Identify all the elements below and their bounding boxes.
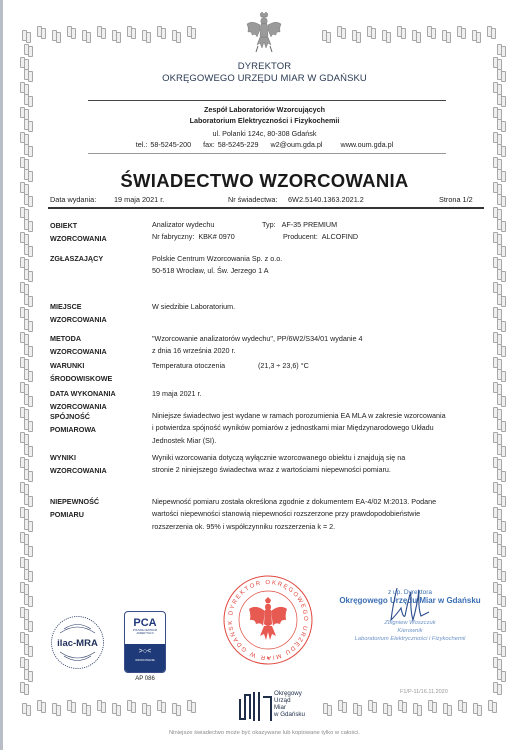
border-ornament-icon: [397, 26, 406, 37]
border-ornament-icon: [353, 703, 362, 714]
pca-accreditation-logo: PCA POLSKIE CENTRUM AKREDYTACJI >○< WZOR…: [124, 611, 166, 673]
border-ornament-icon: [24, 469, 33, 480]
conditions-label: WARUNKIŚRODOWISKOWE: [50, 359, 160, 385]
border-ornament-icon: [20, 382, 29, 393]
place-label: MIEJSCEWZORCOWANIA: [50, 300, 160, 326]
border-ornament-icon: [473, 703, 482, 714]
border-ornament-icon: [427, 26, 436, 37]
issue-date-label: Data wydania:: [50, 195, 96, 204]
border-ornament-icon: [493, 307, 502, 318]
border-ornament-icon: [497, 619, 506, 630]
border-ornament-icon: [428, 700, 437, 711]
border-ornament-icon: [368, 700, 377, 711]
border-ornament-icon: [82, 703, 91, 714]
calibration-date-value: 19 maja 2021 r.: [152, 388, 492, 400]
handwritten-signature: [385, 586, 435, 628]
document-title: ŚWIADECTWO WZORCOWANIA: [0, 170, 529, 192]
border-ornament-icon: [497, 419, 506, 430]
border-ornament-icon: [157, 26, 166, 37]
lab-divider: [88, 153, 446, 154]
border-ornament-icon: [24, 344, 33, 355]
official-stamp: DYREKTOR OKRĘGOWEGO URZĘDU MIAR W GDAŃSK…: [222, 574, 314, 666]
border-ornament-icon: [493, 682, 502, 693]
meta-divider: [48, 207, 484, 209]
border-ornament-icon: [20, 282, 29, 293]
border-ornament-icon: [24, 94, 33, 105]
border-ornament-icon: [20, 532, 29, 543]
border-ornament-icon: [412, 30, 421, 41]
border-ornament-icon: [187, 26, 196, 37]
lab-team-name: Zespół Laboratoriów Wzorcujących: [0, 105, 529, 114]
border-ornament-icon: [127, 26, 136, 37]
border-ornament-icon: [20, 607, 29, 618]
border-ornament-icon: [493, 232, 502, 243]
lab-email[interactable]: w2@oum.gda.pl: [270, 140, 322, 149]
cert-number-label: Nr świadectwa:: [228, 195, 277, 204]
border-ornament-icon: [24, 219, 33, 230]
border-ornament-icon: [497, 319, 506, 330]
border-ornament-icon: [493, 482, 502, 493]
results-label: WYNIKIWZORCOWANIA: [50, 451, 160, 477]
border-ornament-icon: [322, 30, 331, 41]
border-ornament-icon: [22, 30, 31, 41]
cert-number: 6W2.5140.1363.2021.2: [288, 195, 364, 204]
border-ornament-icon: [443, 703, 452, 714]
border-ornament-icon: [20, 307, 29, 318]
border-ornament-icon: [493, 382, 502, 393]
border-ornament-icon: [20, 357, 29, 368]
border-ornament-icon: [20, 432, 29, 443]
border-ornament-icon: [497, 394, 506, 405]
border-ornament-icon: [37, 26, 46, 37]
border-ornament-icon: [413, 703, 422, 714]
border-ornament-icon: [497, 669, 506, 680]
border-ornament-icon: [52, 703, 61, 714]
border-ornament-icon: [493, 157, 502, 168]
traceability-value: Niniejsze świadectwo jest wydane w ramac…: [152, 410, 492, 447]
border-ornament-icon: [367, 26, 376, 37]
border-ornament-icon: [20, 157, 29, 168]
issue-date: 19 maja 2021 r.: [114, 195, 164, 204]
method-value: "Wzorcowanie analizatorów wydechu", PP/6…: [152, 333, 492, 358]
conditions-value: (21,3 ÷ 23,6) °C: [258, 360, 378, 372]
border-ornament-icon: [112, 703, 121, 714]
border-ornament-icon: [127, 700, 136, 711]
border-ornament-icon: [493, 257, 502, 268]
polish-eagle-emblem: [246, 12, 282, 54]
border-ornament-icon: [493, 657, 502, 668]
border-ornament-icon: [497, 294, 506, 305]
border-ornament-icon: [493, 207, 502, 218]
border-ornament-icon: [24, 194, 33, 205]
border-ornament-icon: [487, 26, 496, 37]
results-value: Wyniki wzorcowania dotyczą wyłącznie wzo…: [152, 452, 492, 477]
footer-note: Niniejsze świadectwo może być okazywane …: [0, 730, 529, 736]
border-ornament-icon: [497, 369, 506, 380]
border-ornament-icon: [493, 582, 502, 593]
lab-address: ul. Polanki 124c, 80-308 Gdańsk: [0, 129, 529, 138]
border-ornament-icon: [20, 682, 29, 693]
border-ornament-icon: [37, 700, 46, 711]
border-ornament-icon: [497, 344, 506, 355]
form-code: F1/P-11/16.11.2020: [400, 689, 448, 695]
applicant-value: Polskie Centrum Wzorcowania Sp. z o.o.50…: [152, 253, 492, 278]
border-ornament-icon: [497, 519, 506, 530]
border-ornament-icon: [67, 700, 76, 711]
border-ornament-icon: [22, 703, 31, 714]
border-ornament-icon: [497, 244, 506, 255]
border-ornament-icon: [24, 394, 33, 405]
uncertainty-value: Niepewność pomiaru została określona zgo…: [152, 496, 492, 533]
object-producer: Producent: ALCOFIND: [283, 231, 433, 243]
border-ornament-icon: [20, 332, 29, 343]
border-ornament-icon: [20, 407, 29, 418]
border-ornament-icon: [172, 30, 181, 41]
border-ornament-icon: [497, 594, 506, 605]
header-office: OKRĘGOWEGO URZĘDU MIAR W GDAŃSKU: [0, 73, 529, 84]
border-ornament-icon: [187, 700, 196, 711]
border-ornament-icon: [24, 444, 33, 455]
border-ornament-icon: [497, 194, 506, 205]
border-ornament-icon: [337, 26, 346, 37]
border-ornament-icon: [382, 30, 391, 41]
border-ornament-icon: [497, 569, 506, 580]
border-ornament-icon: [97, 26, 106, 37]
border-ornament-icon: [383, 703, 392, 714]
ilac-mra-logo: ilac-MRA: [50, 615, 105, 670]
border-ornament-icon: [24, 619, 33, 630]
border-ornament-icon: [20, 482, 29, 493]
lab-website[interactable]: www.oum.gda.pl: [341, 140, 394, 149]
border-ornament-icon: [488, 700, 497, 711]
border-ornament-icon: [493, 457, 502, 468]
applicant-label: ZGŁASZAJĄCY: [50, 252, 160, 265]
border-ornament-icon: [493, 632, 502, 643]
object-serial: Nr fabryczny: KBK# 0970: [152, 231, 272, 243]
border-ornament-icon: [24, 494, 33, 505]
border-ornament-icon: [20, 582, 29, 593]
border-ornament-icon: [497, 494, 506, 505]
border-ornament-icon: [24, 669, 33, 680]
border-ornament-icon: [493, 407, 502, 418]
border-ornament-icon: [24, 569, 33, 580]
border-ornament-icon: [493, 282, 502, 293]
border-ornament-icon: [497, 94, 506, 105]
border-ornament-icon: [20, 657, 29, 668]
border-ornament-icon: [20, 632, 29, 643]
border-ornament-icon: [442, 30, 451, 41]
border-ornament-icon: [493, 332, 502, 343]
border-ornament-icon: [493, 507, 502, 518]
border-ornament-icon: [52, 30, 61, 41]
traceability-label: SPÓJNOŚĆPOMIAROWA: [50, 410, 160, 436]
border-ornament-icon: [24, 269, 33, 280]
place-value: W siedzibie Laboratorium.: [152, 301, 492, 313]
lab-fax: fax: 58-5245-229: [203, 140, 258, 149]
lab-tel: tel.: 58-5245-200: [136, 140, 191, 149]
border-ornament-icon: [398, 700, 407, 711]
border-ornament-icon: [142, 30, 151, 41]
border-ornament-icon: [20, 557, 29, 568]
border-ornament-icon: [24, 369, 33, 380]
border-ornament-icon: [172, 703, 181, 714]
page-number: Strona 1/2: [439, 195, 473, 204]
border-ornament-icon: [112, 30, 121, 41]
border-ornament-icon: [20, 507, 29, 518]
border-ornament-icon: [497, 469, 506, 480]
border-ornament-icon: [493, 432, 502, 443]
lab-name: Laboratorium Elektryczności i Fizykochem…: [0, 116, 529, 125]
border-ornament-icon: [24, 419, 33, 430]
border-ornament-icon: [497, 219, 506, 230]
border-ornament-icon: [67, 26, 76, 37]
border-ornament-icon: [20, 207, 29, 218]
border-ornament-icon: [472, 30, 481, 41]
conditions-name: Temperatura otoczenia: [152, 360, 252, 372]
oum-logo-text: Okręgowy Urząd Miar w Gdańsku: [274, 690, 305, 718]
border-ornament-icon: [497, 644, 506, 655]
border-ornament-icon: [24, 594, 33, 605]
border-ornament-icon: [493, 607, 502, 618]
border-ornament-icon: [497, 44, 506, 55]
border-ornament-icon: [157, 700, 166, 711]
object-type: Typ: AF-35 PREMIUM: [262, 219, 412, 231]
border-ornament-icon: [24, 244, 33, 255]
header-director: DYREKTOR: [0, 61, 529, 72]
border-ornament-icon: [97, 700, 106, 711]
border-ornament-icon: [20, 232, 29, 243]
border-ornament-icon: [457, 26, 466, 37]
lab-contacts: tel.: 58-5245-200 fax: 58-5245-229 w2@ou…: [0, 140, 529, 149]
border-ornament-icon: [142, 703, 151, 714]
border-ornament-icon: [497, 544, 506, 555]
border-ornament-icon: [24, 44, 33, 55]
border-ornament-icon: [352, 30, 361, 41]
pca-symbol-icon: >○<: [125, 644, 165, 655]
border-ornament-icon: [493, 357, 502, 368]
object-label: OBIEKTWZORCOWANIA: [50, 219, 160, 245]
border-ornament-icon: [497, 444, 506, 455]
border-ornament-icon: [24, 294, 33, 305]
border-ornament-icon: [20, 257, 29, 268]
uncertainty-label: NIEPEWNOŚĆPOMIARU: [50, 495, 160, 521]
border-ornament-icon: [82, 30, 91, 41]
border-ornament-icon: [458, 700, 467, 711]
border-ornament-icon: [24, 644, 33, 655]
border-ornament-icon: [493, 557, 502, 568]
border-ornament-icon: [20, 457, 29, 468]
svg-text:ilac-MRA: ilac-MRA: [57, 638, 98, 649]
border-ornament-icon: [24, 519, 33, 530]
border-ornament-icon: [24, 544, 33, 555]
border-ornament-icon: [497, 269, 506, 280]
method-label: METODAWZORCOWANIA: [50, 332, 160, 358]
header-divider: [88, 100, 446, 101]
border-ornament-icon: [493, 532, 502, 543]
border-ornament-icon: [24, 319, 33, 330]
accreditation-number: AP 086: [124, 676, 166, 682]
